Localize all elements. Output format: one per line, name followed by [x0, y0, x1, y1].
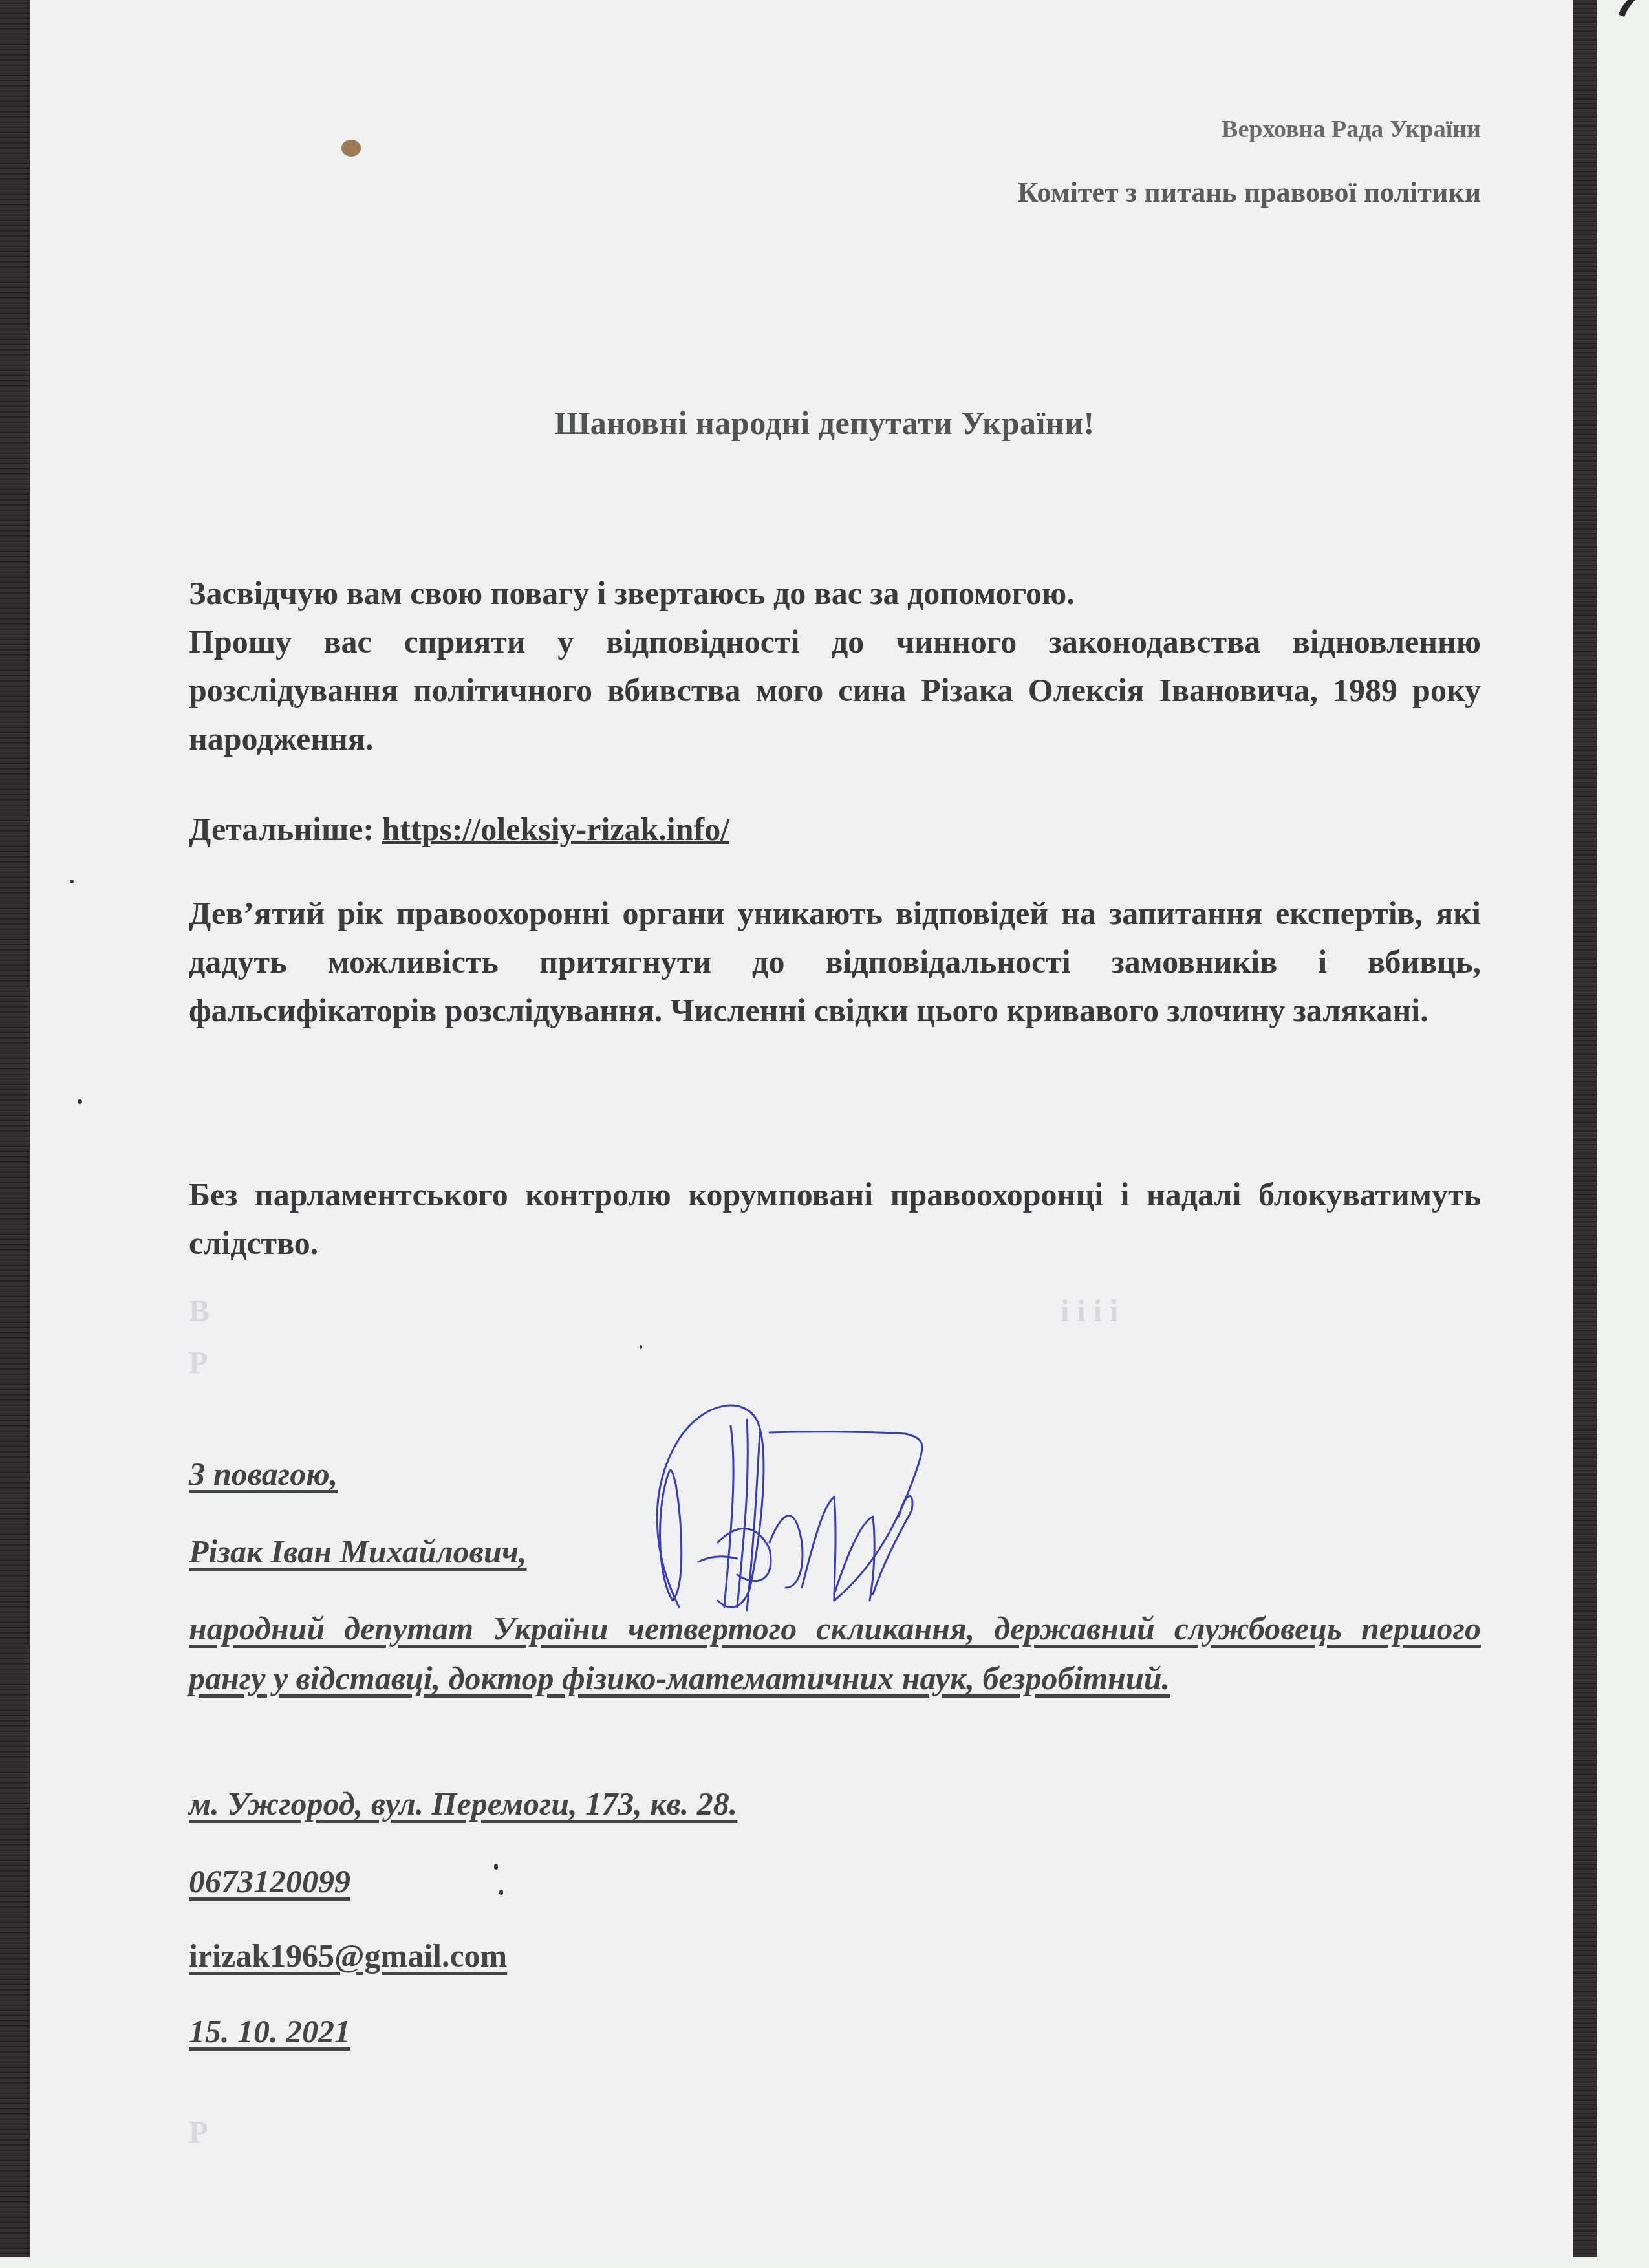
scan-border-left: [0, 0, 30, 2257]
bleed-through-text: В: [189, 1293, 210, 1329]
recipient-line-1: Верховна Рада України: [1222, 115, 1481, 144]
paragraph-request-body: Прошу вас сприяти у відповідності до чин…: [189, 618, 1481, 763]
paragraph-request: Засвідчую вам свою повагу і звертаюсь до…: [189, 569, 1481, 763]
paper-speck: [78, 1099, 82, 1104]
details-label: Детальніше:: [189, 811, 374, 847]
signer-phone: 0673120099: [189, 1863, 350, 1899]
signer-address: м. Ужгород, вул. Перемоги, 173, кв. 28.: [189, 1786, 737, 1822]
bleed-through-text: Р: [189, 1345, 208, 1381]
recipient-line-2: Комітет з питань правової політики: [1018, 176, 1481, 209]
bleed-through-text: Р: [189, 2115, 208, 2150]
paper-speck: [640, 1345, 642, 1349]
signer-title: народний депутат України четвертого скли…: [189, 1604, 1481, 1703]
details-link[interactable]: https://oleksiy-rizak.info/: [382, 811, 730, 847]
closing: З повагою,: [189, 1456, 338, 1492]
salutation: Шановні народні депутати України!: [0, 404, 1649, 442]
paper-speck: [70, 880, 74, 883]
paragraph-request-line1: Засвідчую вам свою повагу і звертаюсь до…: [189, 569, 1481, 618]
signer-email: irizak1965@gmail.com: [189, 1938, 507, 1974]
bleed-through-text: і і і і: [1061, 1293, 1118, 1329]
scanned-page: [0, 0, 1597, 2257]
paragraph-parliament-control: Без парламентського контролю корумповані…: [189, 1171, 1481, 1268]
scan-corner-artifact: [1618, 0, 1649, 35]
signer-name: Різак Іван Михайлович,: [189, 1533, 526, 1570]
details-line: Детальніше: https://oleksiy-rizak.info/: [189, 805, 1481, 854]
handwritten-signature-icon: [640, 1394, 1145, 1614]
paper-stain: [341, 140, 361, 157]
letter-date: 15. 10. 2021: [189, 2013, 350, 2049]
scan-border-right: [1573, 0, 1597, 2257]
paragraph-investigation: Дев’ятий рік правоохоронні органи уникаю…: [189, 889, 1481, 1035]
